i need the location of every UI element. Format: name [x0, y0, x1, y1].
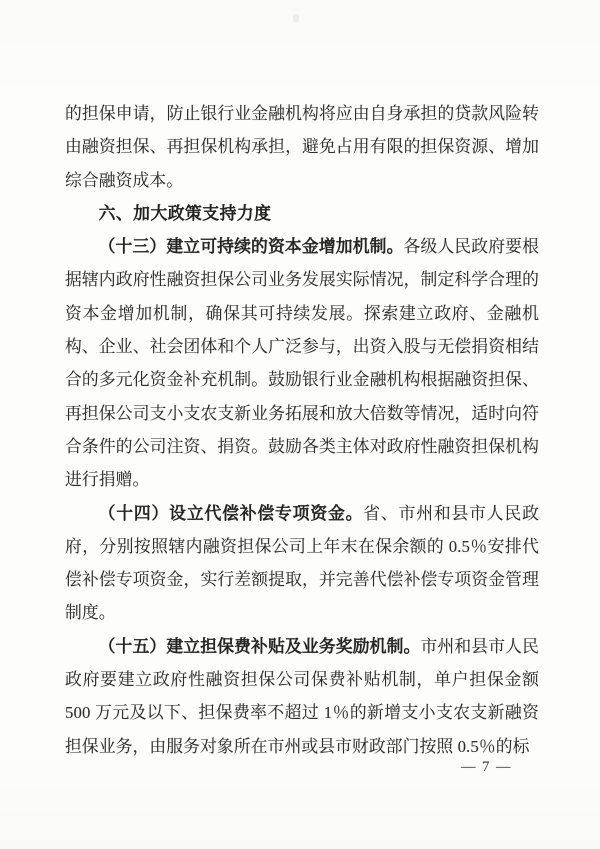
- clause-14-paragraph: （十四）设立代偿补偿专项资金。省、市州和县市人民政府，分别按照辖内融资担保公司上…: [65, 497, 539, 630]
- clause-13-body: 各级人民政府要根据辖内政府性融资担保公司业务发展实际情况，制定科学合理的资本金增…: [65, 237, 539, 489]
- page-number: — 7 —: [461, 757, 512, 777]
- scan-smudge: [293, 14, 299, 22]
- text-column: 的担保申请，防止银行业金融机构将应由自身承担的贷款风险转由融资担保、再担保机构承…: [65, 97, 539, 763]
- clause-13-paragraph: （十三）建立可持续的资本金增加机制。各级人民政府要根据辖内政府性融资担保公司业务…: [65, 230, 539, 496]
- clause-13-lead: （十三）建立可持续的资本金增加机制。: [99, 237, 404, 256]
- section-heading: 六、加大政策支持力度: [65, 197, 539, 230]
- clause-15-paragraph: （十五）建立担保费补贴及业务奖励机制。市州和县市人民政府要建立政府性融资担保公司…: [65, 630, 539, 763]
- clause-15-lead: （十五）建立担保费补贴及业务奖励机制。: [99, 637, 421, 656]
- opening-paragraph: 的担保申请，防止银行业金融机构将应由自身承担的贷款风险转由融资担保、再担保机构承…: [65, 97, 539, 197]
- clause-14-lead: （十四）设立代偿补偿专项资金。: [99, 504, 364, 523]
- document-page: 的担保申请，防止银行业金融机构将应由自身承担的贷款风险转由融资担保、再担保机构承…: [0, 0, 600, 849]
